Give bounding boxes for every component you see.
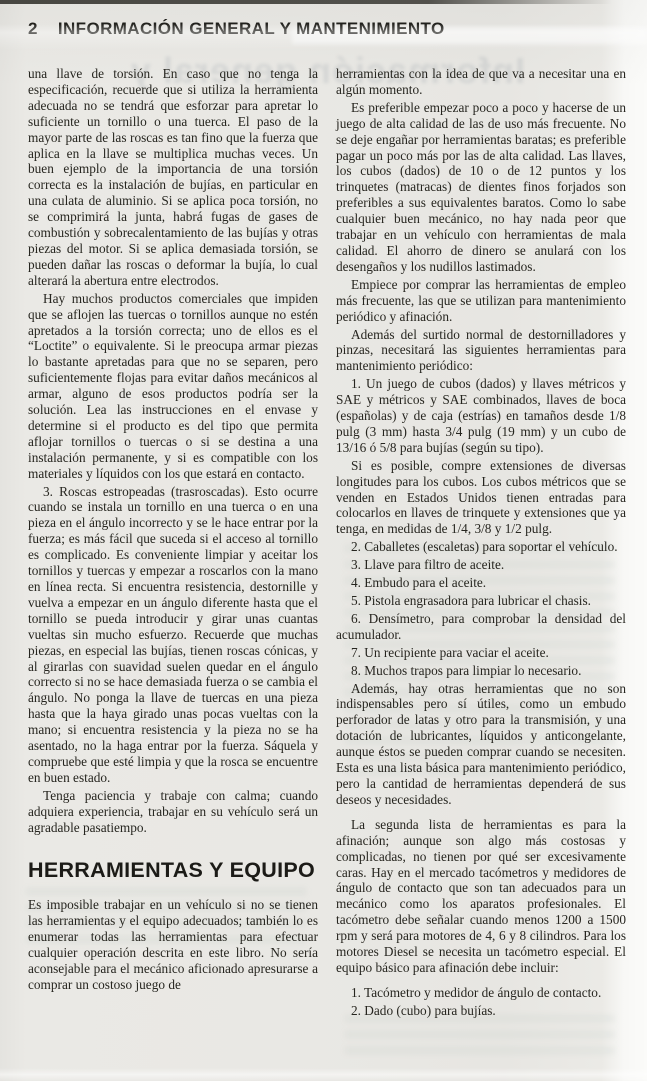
paragraph: Empiece por comprar las herramientas de …: [336, 277, 626, 325]
page-title: INFORMACIÓN GENERAL Y MANTENIMIENTO: [58, 19, 445, 39]
paragraph: 3. Llave para filtro de aceite.: [336, 557, 626, 573]
paragraph: 5. Pistola engrasadora para lubricar el …: [336, 593, 626, 609]
paragraph: Además, hay otras herramientas que no so…: [336, 681, 626, 808]
page-number: 2: [28, 19, 38, 39]
paragraph: 7. Un recipiente para vaciar el aceite.: [336, 645, 626, 661]
text-columns: una llave de torsión. En caso que no ten…: [28, 66, 626, 1081]
scan-top-edge: [0, 0, 612, 4]
paragraph: 1. Tacómetro y medidor de ángulo de cont…: [336, 985, 626, 1001]
paragraph: La segunda lista de herramientas es para…: [336, 817, 626, 976]
paragraph: 6. Densímetro, para comprobar la densida…: [336, 611, 626, 643]
paragraph: Es imposible trabajar en un vehículo si …: [28, 897, 318, 992]
paragraph: una llave de torsión. En caso que no ten…: [28, 66, 318, 289]
right-column: herramientas con la idea de que va a nec…: [336, 66, 626, 1081]
paragraph: Además del surtido normal de destornilla…: [336, 327, 626, 375]
paragraph: Hay muchos productos comerciales que imp…: [28, 291, 318, 482]
section-heading: HERRAMIENTAS Y EQUIPO: [28, 863, 318, 879]
paragraph: Tenga paciencia y trabaje con calma; cua…: [28, 788, 318, 836]
paragraph: 2. Dado (cubo) para bujías.: [336, 1003, 626, 1019]
scanned-page: 2 INFORMACIÓN GENERAL Y MANTENIMIENTO In…: [0, 0, 647, 1081]
page-header: 2 INFORMACIÓN GENERAL Y MANTENIMIENTO: [28, 19, 627, 39]
paragraph: 1. Un juego de cubos (dados) y llaves mé…: [336, 376, 626, 456]
paragraph: 2. Caballetes (escaletas) para soportar …: [336, 539, 626, 555]
paragraph: 3. Roscas estropeadas (trasroscadas). Es…: [28, 484, 318, 786]
paragraph: herramientas con la idea de que va a nec…: [336, 66, 626, 98]
paragraph: Es preferible empezar poco a poco y hace…: [336, 100, 626, 275]
paragraph: 4. Embudo para el aceite.: [336, 575, 626, 591]
left-column: una llave de torsión. En caso que no ten…: [28, 66, 318, 1081]
paragraph: 8. Muchos trapos para limpiar lo necesar…: [336, 663, 626, 679]
paragraph: Si es posible, compre extensiones de div…: [336, 458, 626, 538]
